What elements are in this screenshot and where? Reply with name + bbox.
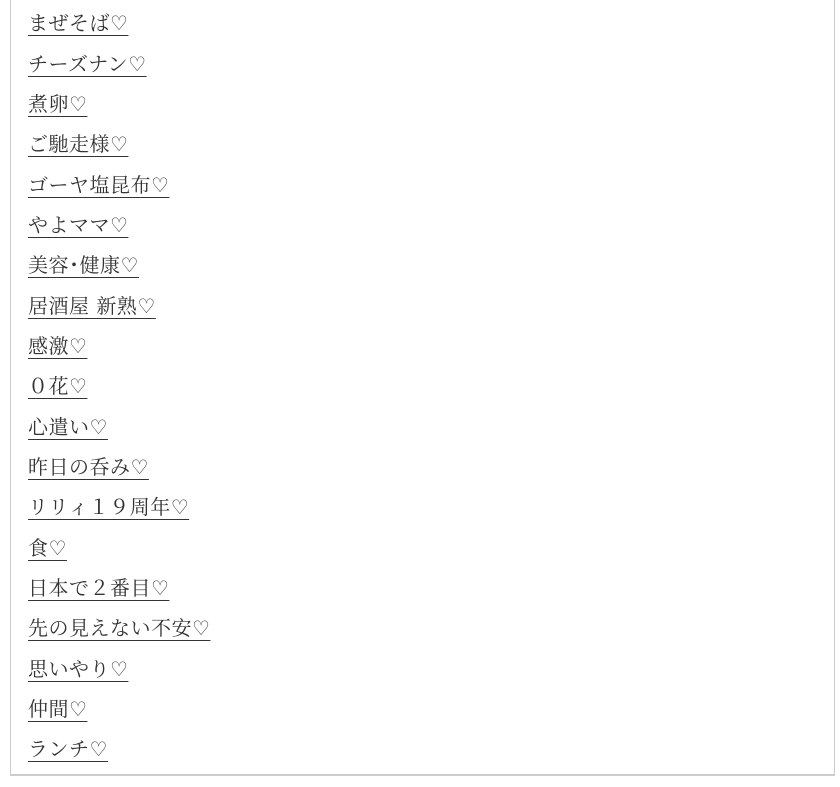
tag-link[interactable]: ゴーヤ塩昆布♡ bbox=[28, 175, 169, 195]
tag-link[interactable]: 仲間♡ bbox=[28, 699, 87, 719]
list-item: ゴーヤ塩昆布♡ bbox=[28, 164, 834, 204]
tag-link[interactable]: 居酒屋 新熟♡ bbox=[28, 296, 156, 316]
list-item: 昨日の呑み♡ bbox=[28, 447, 834, 487]
list-item: やよママ♡ bbox=[28, 205, 834, 245]
tag-link[interactable]: リリィ１９周年♡ bbox=[28, 497, 189, 517]
tag-link[interactable]: 心遣い♡ bbox=[28, 417, 108, 437]
list-item: チーズナン♡ bbox=[28, 43, 834, 83]
tag-link[interactable]: ご馳走様♡ bbox=[28, 134, 128, 154]
list-item: ０花♡ bbox=[28, 366, 834, 406]
list-item: ご馳走様♡ bbox=[28, 124, 834, 164]
list-item: 居酒屋 新熟♡ bbox=[28, 285, 834, 325]
tag-list: まぜそば♡ チーズナン♡ 煮卵♡ ご馳走様♡ ゴーヤ塩昆布♡ やよママ♡ 美容･… bbox=[11, 0, 834, 770]
list-item: 煮卵♡ bbox=[28, 84, 834, 124]
tag-link[interactable]: 美容･健康♡ bbox=[28, 255, 139, 275]
list-item: まぜそば♡ bbox=[28, 3, 834, 43]
tag-link[interactable]: 日本で２番目♡ bbox=[28, 578, 169, 598]
list-item: ランチ♡ bbox=[28, 729, 834, 769]
tag-link[interactable]: チーズナン♡ bbox=[28, 54, 147, 74]
tag-link[interactable]: 昨日の呑み♡ bbox=[28, 457, 149, 477]
list-item: リリィ１９周年♡ bbox=[28, 487, 834, 527]
list-item: 食♡ bbox=[28, 527, 834, 567]
list-item: 感激♡ bbox=[28, 326, 834, 366]
tag-link[interactable]: 感激♡ bbox=[28, 336, 87, 356]
list-item: 仲間♡ bbox=[28, 689, 834, 729]
list-item: 美容･健康♡ bbox=[28, 245, 834, 285]
tag-link[interactable]: やよママ♡ bbox=[28, 215, 128, 235]
list-item: 日本で２番目♡ bbox=[28, 568, 834, 608]
tag-link[interactable]: 食♡ bbox=[28, 538, 67, 558]
tag-link[interactable]: ０花♡ bbox=[28, 376, 87, 396]
tag-link[interactable]: 思いやり♡ bbox=[28, 659, 128, 679]
list-item: 先の見えない不安♡ bbox=[28, 608, 834, 648]
tag-link[interactable]: 煮卵♡ bbox=[28, 94, 87, 114]
tag-link[interactable]: まぜそば♡ bbox=[28, 13, 128, 33]
tag-link[interactable]: ランチ♡ bbox=[28, 739, 108, 759]
tag-list-panel: まぜそば♡ チーズナン♡ 煮卵♡ ご馳走様♡ ゴーヤ塩昆布♡ やよママ♡ 美容･… bbox=[10, 0, 835, 776]
list-item: 心遣い♡ bbox=[28, 406, 834, 446]
list-item: 思いやり♡ bbox=[28, 649, 834, 689]
tag-link[interactable]: 先の見えない不安♡ bbox=[28, 618, 210, 638]
